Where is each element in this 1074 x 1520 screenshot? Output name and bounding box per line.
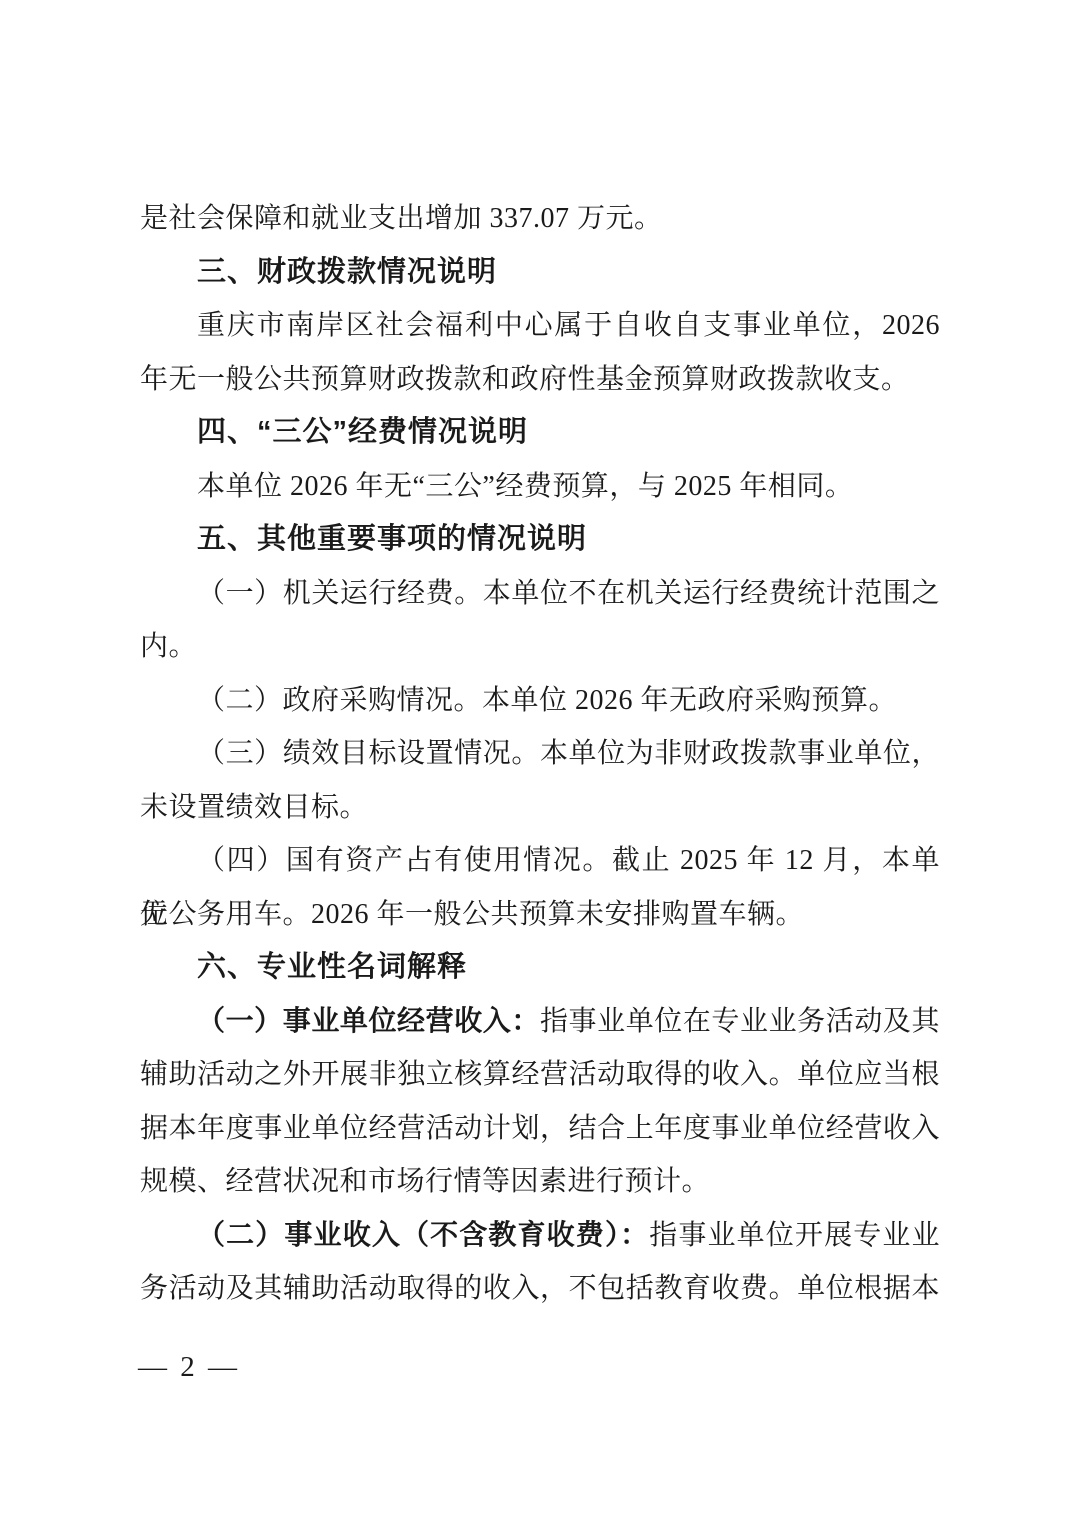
- term-label: （二）事业收入（不含教育收费）：: [197, 1220, 649, 1251]
- section-heading-6: 六、专业性名词解释: [140, 941, 940, 995]
- text-line: 辅助活动之外开展非独立核算经营活动取得的收入。单位应当根: [140, 1048, 940, 1102]
- text-line: 是社会保障和就业支出增加 337.07 万元。: [140, 192, 940, 246]
- section-heading-5: 五、其他重要事项的情况说明: [140, 513, 940, 567]
- section-heading-3: 三、财政拨款情况说明: [140, 246, 940, 300]
- text-line: 重庆市南岸区社会福利中心属于自收自支事业单位，2026: [140, 299, 940, 353]
- page-number: — 2 —: [138, 1347, 240, 1387]
- text-line: 务活动及其辅助活动取得的收入，不包括教育收费。单位根据本: [140, 1262, 940, 1316]
- document-body: 是社会保障和就业支出增加 337.07 万元。 三、财政拨款情况说明 重庆市南岸…: [140, 192, 940, 1316]
- text-line: （二）政府采购情况。本单位 2026 年无政府采购预算。: [140, 674, 940, 728]
- term-label: （一）事业单位经营收入：: [197, 1006, 540, 1037]
- term-definition: 指事业单位开展专业业: [649, 1220, 940, 1251]
- text-line: 年无一般公共预算财政拨款和政府性基金预算财政拨款收支。: [140, 353, 940, 407]
- term-definition: 指事业单位在专业业务活动及其: [540, 1006, 940, 1037]
- text-line: （一）机关运行经费。本单位不在机关运行经费统计范围之: [140, 567, 940, 621]
- document-page: 是社会保障和就业支出增加 337.07 万元。 三、财政拨款情况说明 重庆市南岸…: [0, 0, 1074, 1520]
- text-line: （三）绩效目标设置情况。本单位为非财政拨款事业单位，: [140, 727, 940, 781]
- section-heading-4: 四、“三公”经费情况说明: [140, 406, 940, 460]
- text-line: 未设置绩效目标。: [140, 781, 940, 835]
- text-line: 本单位 2026 年无“三公”经费预算，与 2025 年相同。: [140, 460, 940, 514]
- text-line: 内。: [140, 620, 940, 674]
- text-line: （四）国有资产占有使用情况。截止 2025 年 12 月，本单位: [140, 834, 940, 888]
- text-line: （一）事业单位经营收入：指事业单位在专业业务活动及其: [140, 995, 940, 1049]
- text-line: （二）事业收入（不含教育收费）：指事业单位开展专业业: [140, 1209, 940, 1263]
- text-line: 据本年度事业单位经营活动计划，结合上年度事业单位经营收入: [140, 1102, 940, 1156]
- text-line: 规模、经营状况和市场行情等因素进行预计。: [140, 1155, 940, 1209]
- text-line: 无公务用车。2026 年一般公共预算未安排购置车辆。: [140, 888, 940, 942]
